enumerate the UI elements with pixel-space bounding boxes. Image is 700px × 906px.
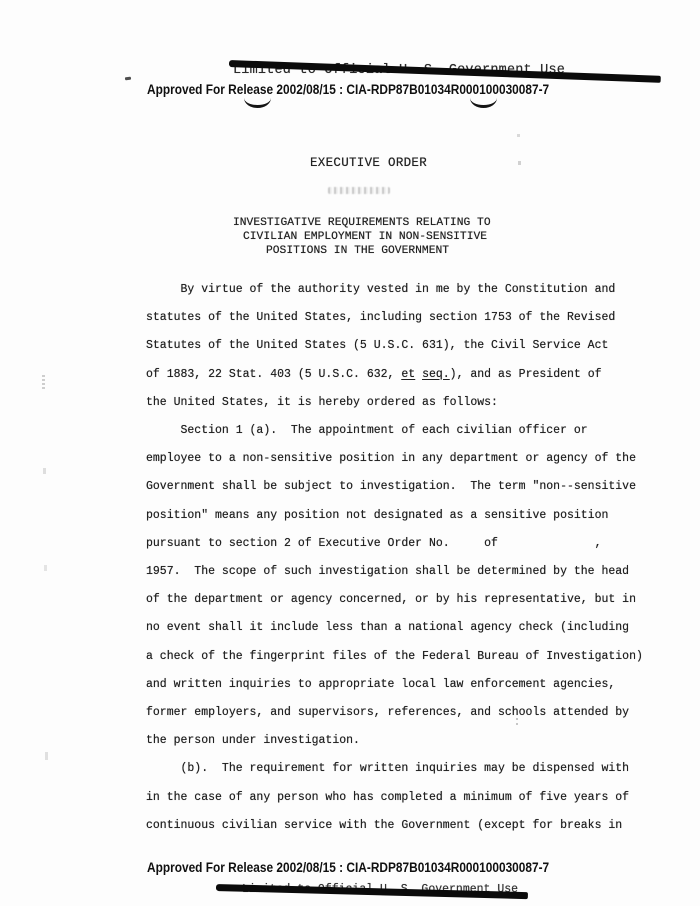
document-subtitle-line-3: POSITIONS IN THE GOVERNMENT xyxy=(266,245,449,257)
body-text-line: no event shall it include less than a na… xyxy=(146,614,676,642)
body-text-line: pursuant to section 2 of Executive Order… xyxy=(146,530,676,558)
body-text-line: Section 1 (a). The appointment of each c… xyxy=(146,417,676,445)
body-text-line: in the case of any person who has comple… xyxy=(146,784,676,812)
document-title: EXECUTIVE ORDER xyxy=(310,156,427,170)
pen-check-mark-right xyxy=(470,96,497,108)
scan-artifact-margin-mark xyxy=(42,375,45,391)
scan-artifact-margin-mark xyxy=(45,752,48,760)
scan-artifact-dot xyxy=(517,134,520,137)
erased-text-smudge xyxy=(328,187,390,194)
document-subtitle-line-1: INVESTIGATIVE REQUIREMENTS RELATING TO xyxy=(233,217,491,229)
body-text-line: the person under investigation. xyxy=(146,727,676,755)
body-text-line: and written inquiries to appropriate loc… xyxy=(146,671,676,699)
body-text-line: former employers, and supervisors, refer… xyxy=(146,699,676,727)
body-text-line: position" means any position not designa… xyxy=(146,502,676,530)
document-body: By virtue of the authority vested in me … xyxy=(146,276,676,840)
body-text-line: of 1883, 22 Stat. 403 (5 U.S.C. 632, et … xyxy=(146,361,676,389)
scan-artifact-dash xyxy=(125,77,131,81)
body-text-line: Government shall be subject to investiga… xyxy=(146,473,676,501)
body-text-line: of the department or agency concerned, o… xyxy=(146,586,676,614)
body-text-line: statutes of the United States, including… xyxy=(146,304,676,332)
approval-stamp-top: Approved For Release 2002/08/15 : CIA-RD… xyxy=(147,82,549,97)
body-text-line: Statutes of the United States (5 U.S.C. … xyxy=(146,332,676,360)
scan-artifact-margin-mark xyxy=(44,565,47,571)
scan-artifact-dot xyxy=(518,161,521,165)
scan-artifact-margin-mark xyxy=(43,468,46,474)
body-text-line: (b). The requirement for written inquiri… xyxy=(146,755,676,783)
body-text-line: continuous civilian service with the Gov… xyxy=(146,812,676,840)
document-subtitle-line-2: CIVILIAN EMPLOYMENT IN NON-SENSITIVE xyxy=(243,231,487,243)
approval-stamp-bottom: Approved For Release 2002/08/15 : CIA-RD… xyxy=(147,860,549,875)
pen-check-mark-left xyxy=(244,96,271,108)
body-text-line: 1957. The scope of such investigation sh… xyxy=(146,558,676,586)
body-text-line: employee to a non-sensitive position in … xyxy=(146,445,676,473)
scanned-document-page: Limited to Official U. S. Government Use… xyxy=(0,0,700,906)
body-text-line: By virtue of the authority vested in me … xyxy=(146,276,676,304)
body-text-line: the United States, it is hereby ordered … xyxy=(146,389,676,417)
body-text-line: a check of the fingerprint files of the … xyxy=(146,643,676,671)
